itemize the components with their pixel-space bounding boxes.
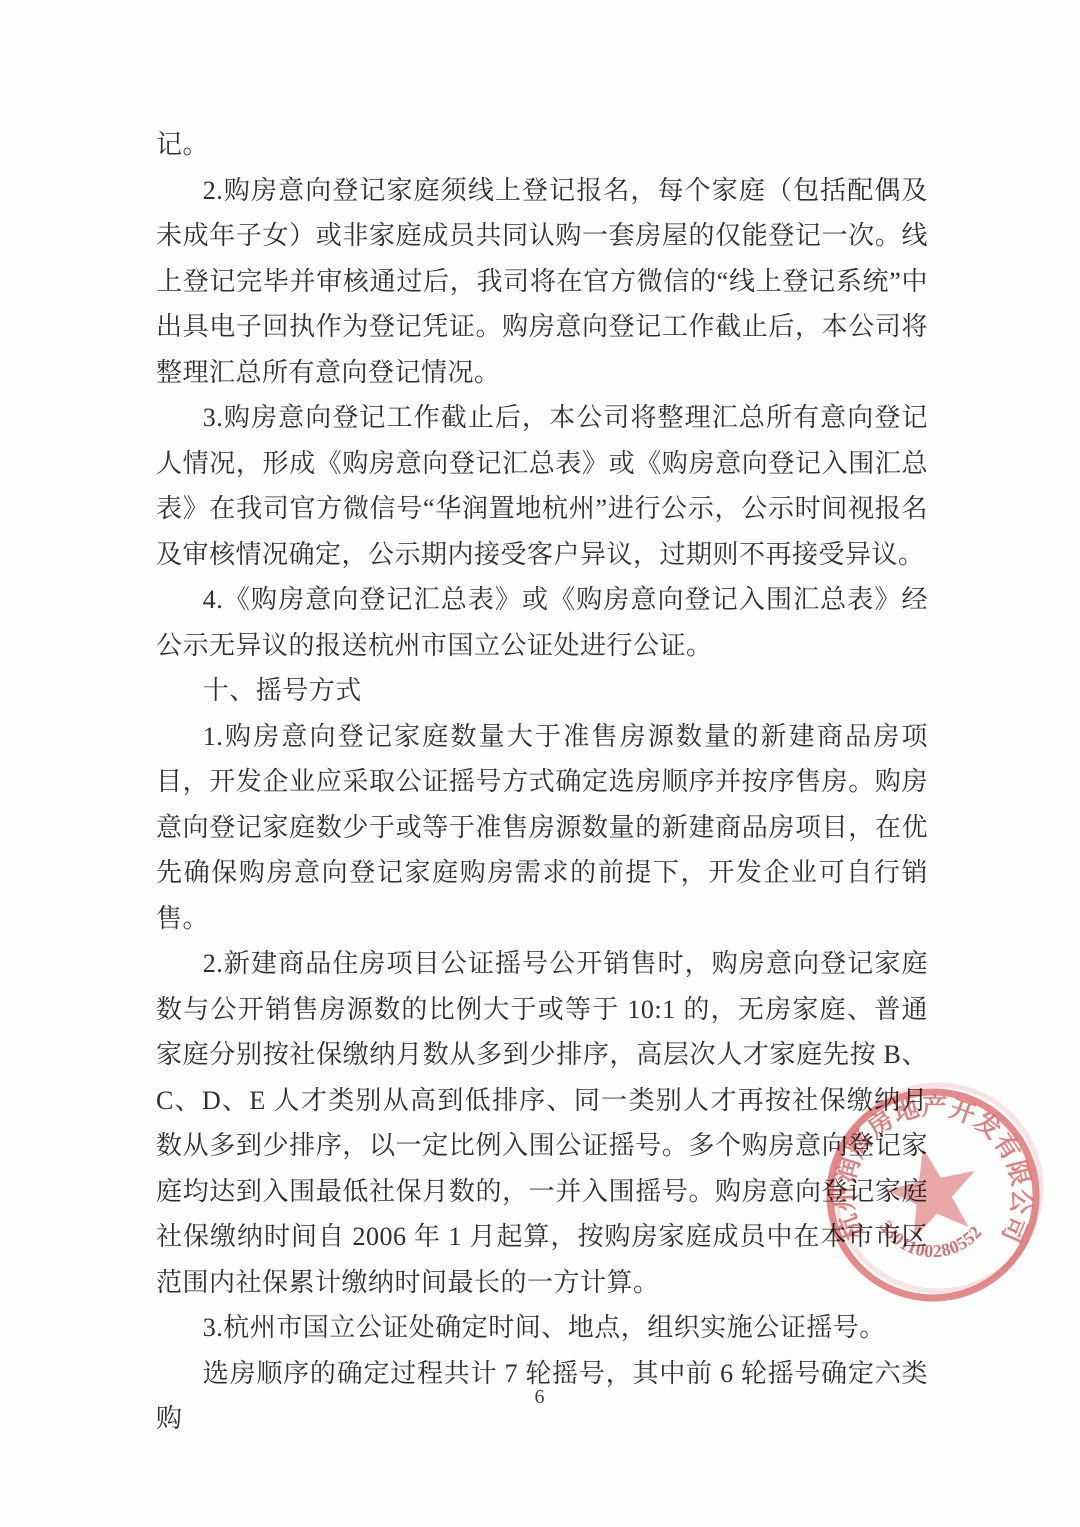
paragraph: 1.购房意向登记家庭数量大于准售房源数量的新建商品房项目，开发企业应采取公证摇号… (156, 714, 928, 942)
page-number: 6 (0, 1386, 1080, 1409)
paragraph: 2.购房意向登记家庭须线上登记报名，每个家庭（包括配偶及未成年子女）或非家庭成员… (156, 168, 928, 396)
paragraph-continuation: 记。 (156, 122, 928, 168)
document-page: 记。 2.购房意向登记家庭须线上登记报名，每个家庭（包括配偶及未成年子女）或非家… (0, 0, 1080, 1527)
section-heading: 十、摇号方式 (156, 668, 928, 714)
paragraph: 3.购房意向登记工作截止后，本公司将整理汇总所有意向登记人情况，形成《购房意向登… (156, 395, 928, 577)
paragraph: 4.《购房意向登记汇总表》或《购房意向登记入围汇总表》经公示无异议的报送杭州市国… (156, 577, 928, 668)
company-seal-stamp: 杭州润辉房地产开发有限公司 3301100280552 (803, 1065, 1063, 1325)
seal-registration-number: 3301100280552 (876, 1217, 986, 1261)
